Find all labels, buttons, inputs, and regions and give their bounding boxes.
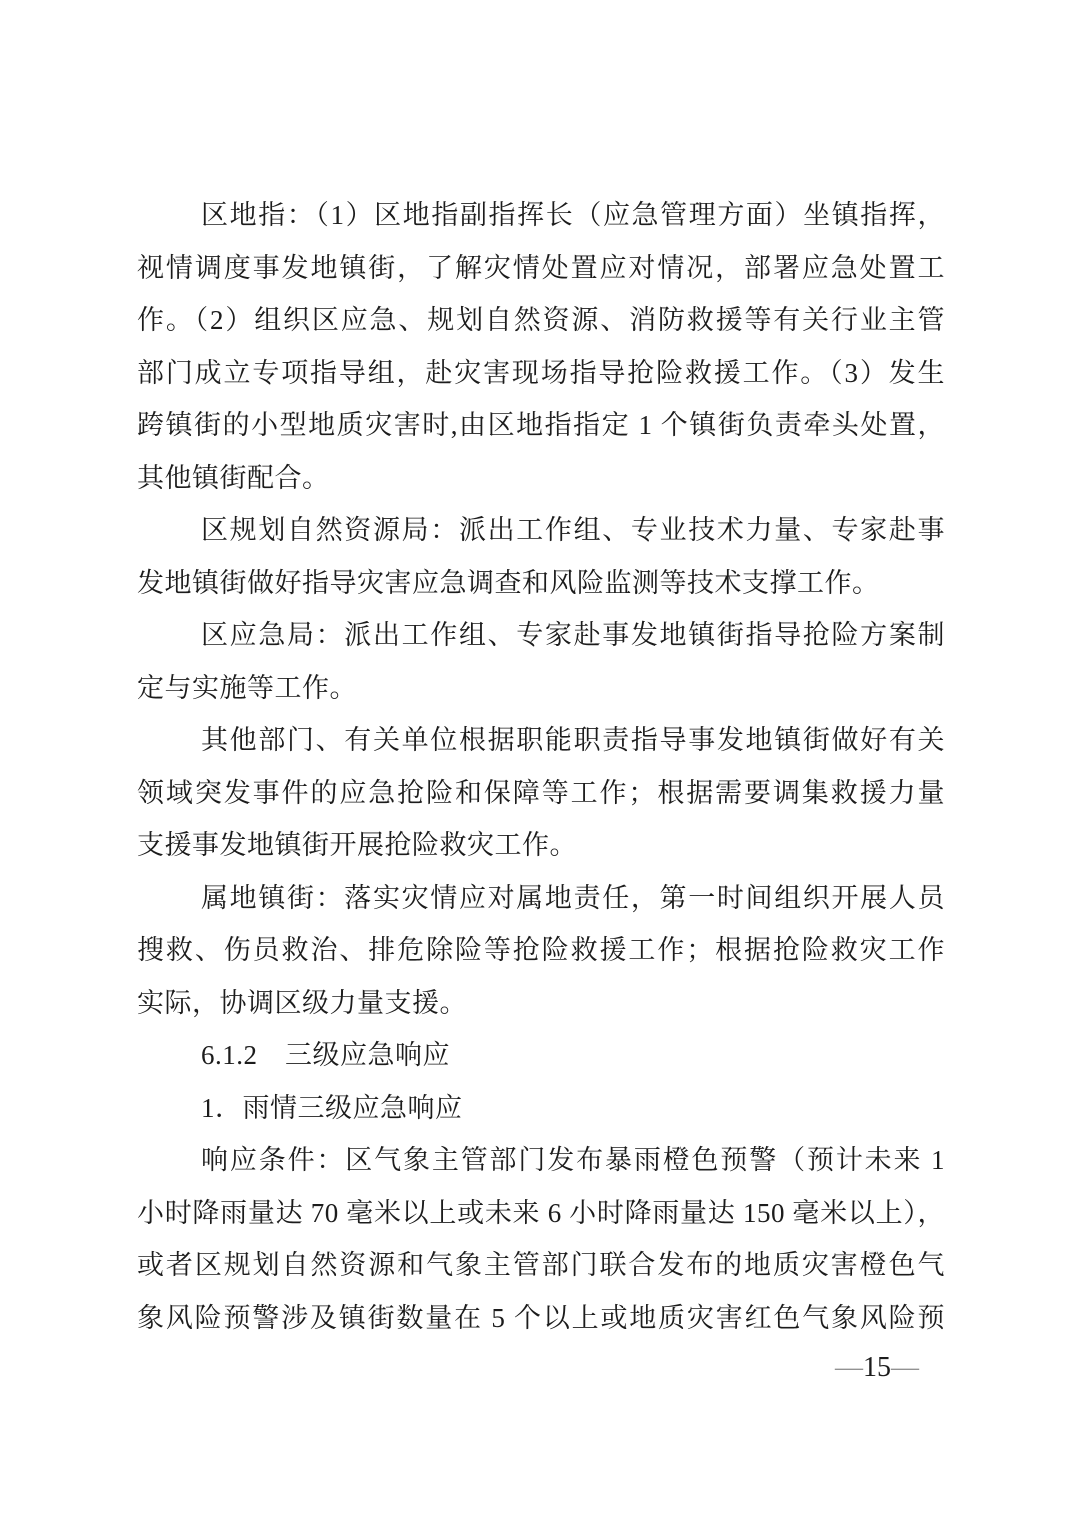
paragraph-line: 其他镇街配合。	[137, 452, 945, 505]
paragraph-line: 发地镇街做好指导灾害应急调查和风险监测等技术支撑工作。	[137, 557, 945, 610]
paragraph-line: 象风险预警涉及镇街数量在 5 个以上或地质灾害红色气象风险预	[137, 1292, 945, 1345]
paragraph-line: 实际，协调区级力量支援。	[137, 977, 945, 1030]
document-page: 区地指：（1）区地指副指挥长（应急管理方面）坐镇指挥，视情调度事发地镇街，了解灾…	[0, 0, 1074, 1520]
document-body: 区地指：（1）区地指副指挥长（应急管理方面）坐镇指挥，视情调度事发地镇街，了解灾…	[137, 189, 945, 1344]
list-heading-line: 1．雨情三级应急响应	[137, 1082, 945, 1135]
paragraph-line: 响应条件：区气象主管部门发布暴雨橙色预警（预计未来 1	[137, 1134, 945, 1187]
paragraph-line: 搜救、伤员救治、排危除险等抢险救援工作；根据抢险救灾工作	[137, 924, 945, 977]
paragraph-line: 支援事发地镇街开展抢险救灾工作。	[137, 819, 945, 872]
paragraph-line: 区应急局：派出工作组、专家赴事发地镇街指导抢险方案制	[137, 609, 945, 662]
paragraph-line: 区地指：（1）区地指副指挥长（应急管理方面）坐镇指挥，	[137, 189, 945, 242]
paragraph-line: 定与实施等工作。	[137, 662, 945, 715]
page-footer: —15—	[835, 1352, 945, 1384]
paragraph-line: 属地镇街：落实灾情应对属地责任，第一时间组织开展人员	[137, 872, 945, 925]
page-number-dash-right: —	[891, 1352, 919, 1383]
paragraph-line: 其他部门、有关单位根据职能职责指导事发地镇街做好有关	[137, 714, 945, 767]
paragraph-line: 跨镇街的小型地质灾害时,由区地指指定 1 个镇街负责牵头处置，	[137, 399, 945, 452]
section-heading-line: 6.1.2 三级应急响应	[137, 1029, 945, 1082]
paragraph-line: 小时降雨量达 70 毫米以上或未来 6 小时降雨量达 150 毫米以上），	[137, 1187, 945, 1240]
paragraph-line: 视情调度事发地镇街，了解灾情处置应对情况，部署应急处置工	[137, 242, 945, 295]
paragraph-line: 或者区规划自然资源和气象主管部门联合发布的地质灾害橙色气	[137, 1239, 945, 1292]
paragraph-line: 部门成立专项指导组，赴灾害现场指导抢险救援工作。（3）发生	[137, 347, 945, 400]
page-number-dash-left: —	[835, 1352, 863, 1383]
paragraph-line: 领域突发事件的应急抢险和保障等工作；根据需要调集救援力量	[137, 767, 945, 820]
paragraph-line: 区规划自然资源局：派出工作组、专业技术力量、专家赴事	[137, 504, 945, 557]
page-number: 15	[863, 1352, 891, 1383]
paragraph-line: 作。（2）组织区应急、规划自然资源、消防救援等有关行业主管	[137, 294, 945, 347]
